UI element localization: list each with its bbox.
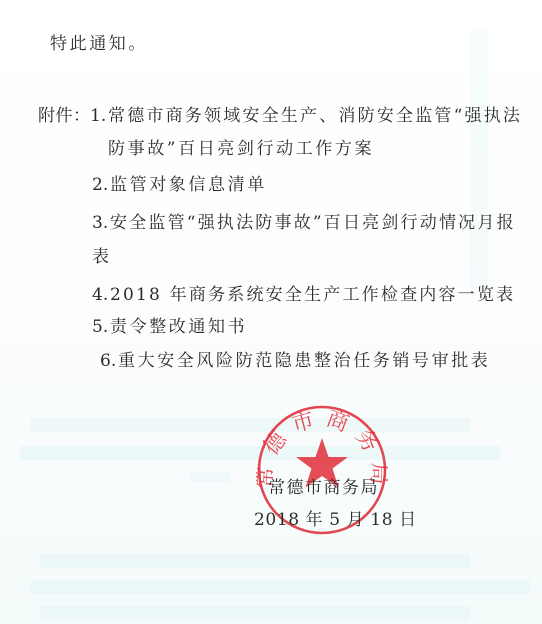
document-page: 特此通知。 附件： 1. 常德市商务领域安全生产、消防安全监管“强执法 防事故”…: [0, 0, 542, 624]
bleed-through-artifact: [40, 606, 470, 620]
attachment-2-line-1: 监管对象信息清单: [110, 175, 267, 195]
attachment-4-number: 4.: [92, 285, 108, 305]
bleed-through-artifact: [30, 418, 470, 432]
attachment-3-number: 3.: [92, 213, 108, 233]
attachment-5-line-1: 责令整改通知书: [110, 317, 247, 337]
attachment-2-number: 2.: [92, 175, 108, 195]
attachment-4-line-1: 2018 年商务系统安全生产工作检查内容一览表: [110, 285, 515, 305]
attachment-5-number: 5.: [92, 317, 108, 337]
attachment-6-line-1: 重大安全风险防范隐患整治任务销号审批表: [118, 351, 490, 371]
bleed-through-artifact: [30, 580, 530, 594]
bleed-through-artifact: [40, 554, 470, 568]
attachment-1-line-2: 防事故”百日亮剑行动工作方案: [108, 139, 374, 159]
bleed-through-artifact: [190, 472, 230, 482]
attachment-1-line-1: 常德市商务领域安全生产、消防安全监管“强执法: [108, 106, 522, 126]
issue-date: 2018 年 5 月 18 日: [254, 510, 417, 530]
attachment-3-line-1: 安全监管“强执法防事故”百日亮剑行动情况月报: [110, 213, 516, 233]
issuer-name: 常德市商务局: [268, 478, 379, 498]
closing-text: 特此通知。: [50, 34, 148, 54]
attachments-label: 附件：: [38, 106, 91, 126]
bleed-through-artifact: [470, 30, 488, 290]
attachment-3-line-2: 表: [92, 247, 112, 267]
attachment-1-number: 1.: [90, 106, 106, 126]
attachment-6-number: 6.: [100, 351, 116, 371]
